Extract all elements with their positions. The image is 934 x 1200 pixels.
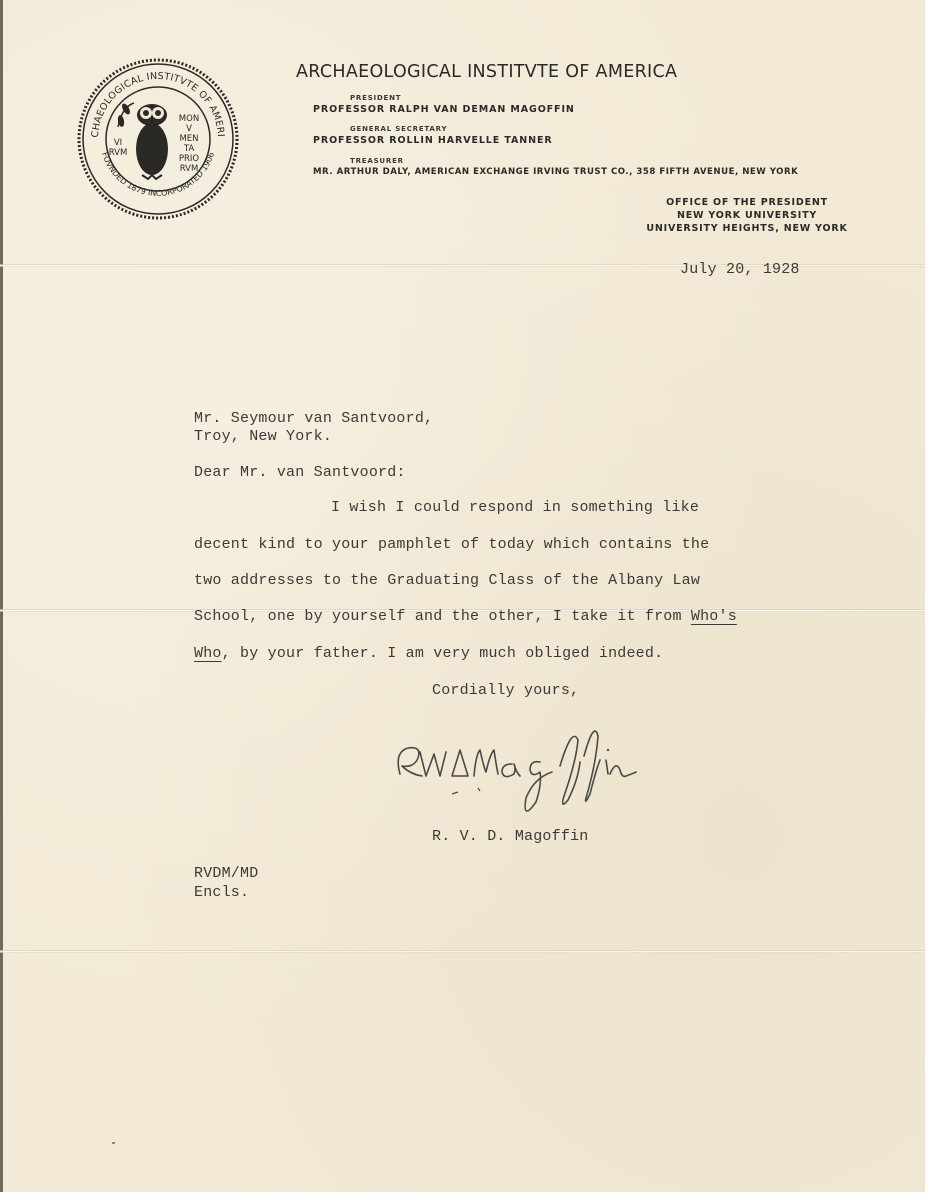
svg-text:PRIO: PRIO [179, 154, 200, 164]
underlined-title: Who's [691, 608, 737, 625]
body-line: I wish I could respond in something like [331, 499, 699, 516]
closing: Cordially yours, [432, 682, 579, 699]
office-line: OFFICE OF THE PRESIDENT [640, 196, 854, 209]
underlined-title: Who [194, 645, 222, 662]
body-line: School, one by yourself and the other, I… [194, 608, 737, 625]
svg-text:MEN: MEN [179, 134, 198, 144]
svg-text:V: V [186, 124, 192, 134]
officer-name-secretary: PROFESSOR ROLLIN HARVELLE TANNER [313, 135, 553, 146]
letter-date: July 20, 1928 [680, 261, 800, 278]
office-line: UNIVERSITY HEIGHTS, NEW YORK [640, 222, 854, 235]
reference-initials: RVDM/MD [194, 865, 258, 882]
paper-stain [112, 1142, 115, 1144]
officer-role-treasurer: TREASURER [350, 157, 404, 165]
office-address: OFFICE OF THE PRESIDENT NEW YORK UNIVERS… [640, 196, 854, 235]
institute-title: ARCHAEOLOGICAL INSTITVTE OF AMERICA [296, 62, 677, 82]
svg-text:RVM: RVM [109, 148, 128, 158]
officer-role-president: PRESIDENT [350, 94, 401, 102]
fold-line [0, 950, 925, 953]
svg-text:MON: MON [179, 114, 199, 124]
body-line: decent kind to your pamphlet of today wh… [194, 536, 709, 553]
svg-text:TA: TA [183, 144, 195, 154]
office-line: NEW YORK UNIVERSITY [640, 209, 854, 222]
officer-name-president: PROFESSOR RALPH VAN DEMAN MAGOFFIN [313, 104, 575, 115]
svg-text:RVM: RVM [180, 164, 199, 174]
typed-signature-name: R. V. D. Magoffin [432, 828, 588, 845]
recipient-address: Troy, New York. [194, 428, 332, 445]
institute-seal-icon: ARCHAEOLOGICAL INSTITVTE OF AMERICA FOVN… [76, 57, 240, 221]
enclosures-note: Encls. [194, 884, 249, 901]
officer-name-treasurer: MR. ARTHUR DALY, AMERICAN EXCHANGE IRVIN… [313, 167, 798, 177]
salutation: Dear Mr. van Santvoord: [194, 464, 406, 481]
body-text: , by your father. I am very much obliged… [222, 645, 664, 662]
handwritten-signature [392, 716, 682, 826]
recipient-name: Mr. Seymour van Santvoord, [194, 410, 433, 427]
officer-role-secretary: GENERAL SECRETARY [350, 125, 447, 133]
letter-paper: ARCHAEOLOGICAL INSTITVTE OF AMERICA FOVN… [0, 0, 925, 1192]
body-line: Who, by your father. I am very much obli… [194, 645, 663, 662]
body-text: School, one by yourself and the other, I… [194, 608, 691, 625]
svg-text:VI: VI [114, 138, 122, 148]
body-line: two addresses to the Graduating Class of… [194, 572, 700, 589]
